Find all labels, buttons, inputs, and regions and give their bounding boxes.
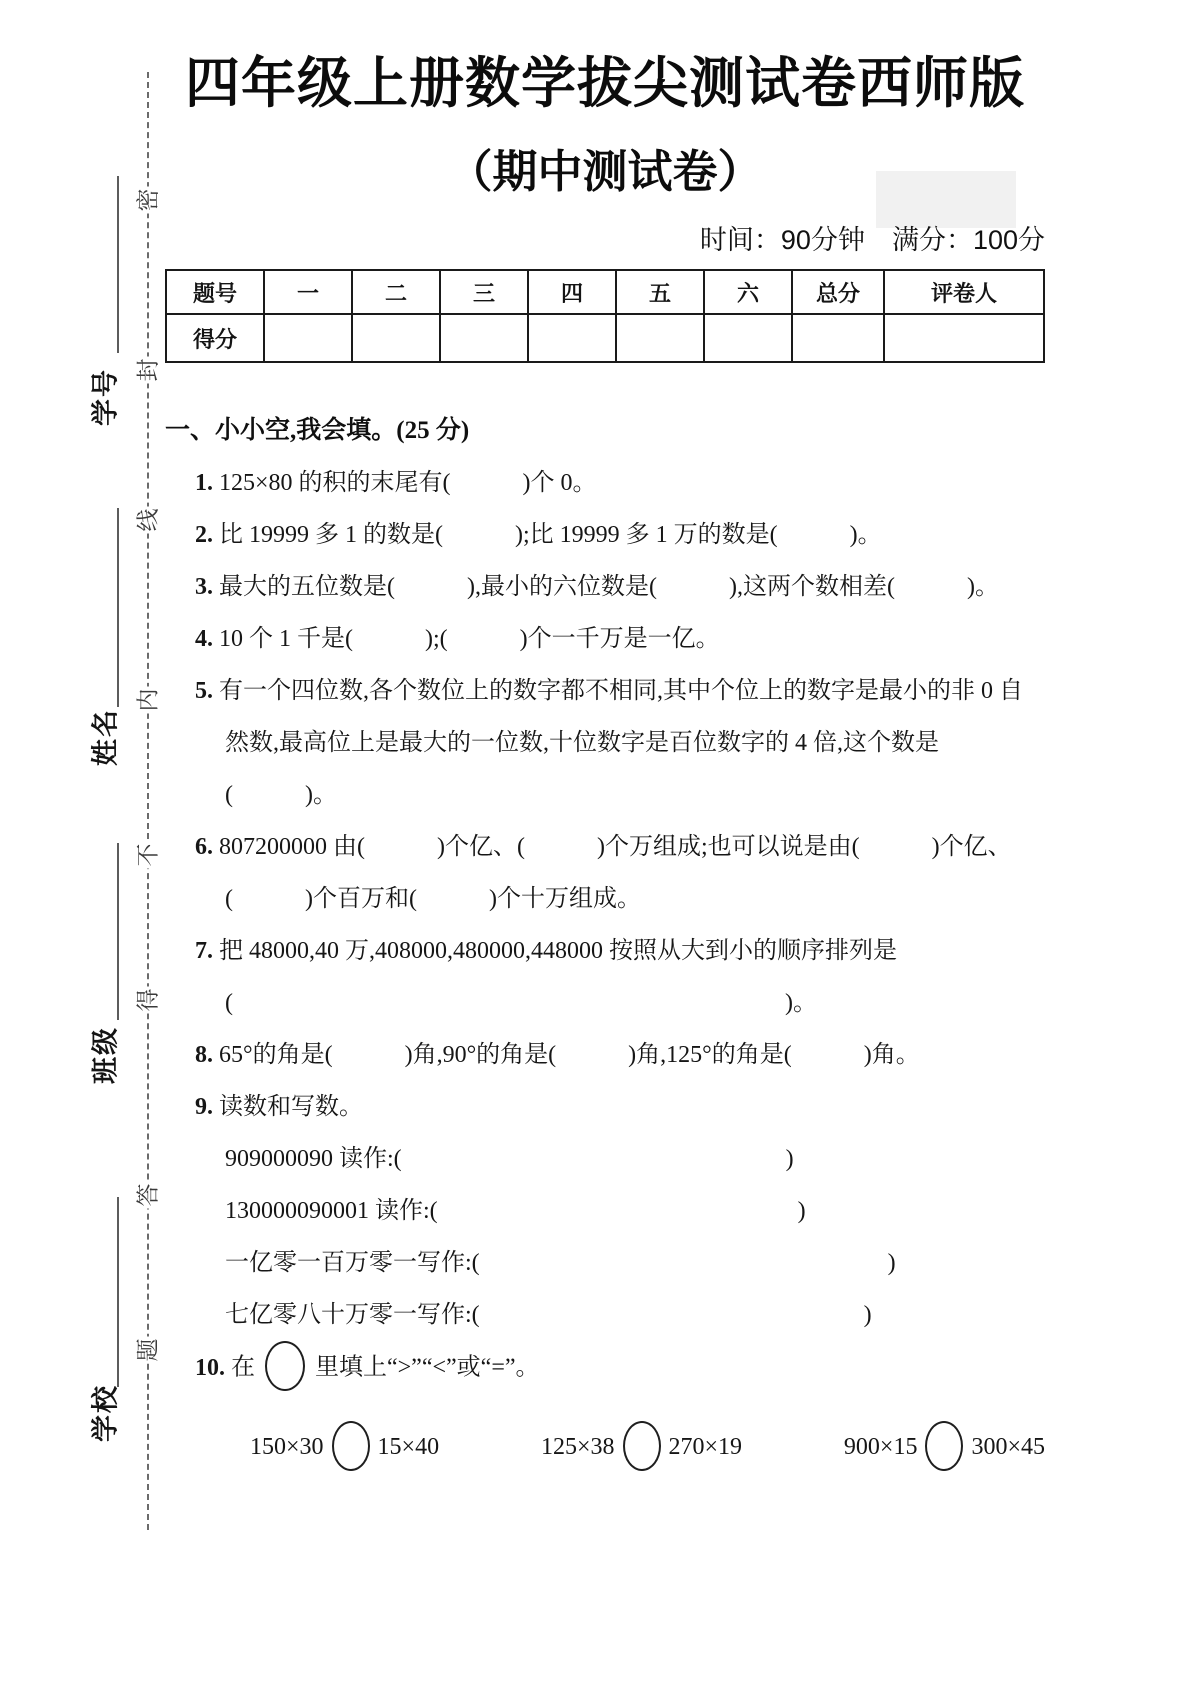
question-number: 4. [195, 626, 219, 652]
time-and-score-info: 时间：90分钟 满分：100分 [165, 218, 1045, 257]
question-number: 6. [195, 834, 219, 860]
score-table-header-cell: 总分 [792, 270, 884, 314]
school-blank-line [117, 1197, 119, 1387]
question-9-sub3: 一亿零一百万零一写作:( ) [165, 1237, 1045, 1289]
seal-char: 得 [133, 987, 164, 1014]
compare-circle-icon [925, 1421, 963, 1471]
question-2: 2.比 19999 多 1 的数是( );比 19999 多 1 万的数是( )… [165, 509, 1045, 561]
section-one-heading: 一、小小空,我会填。(25 分) [165, 405, 1045, 457]
question-5-line2: 然数,最高位上是最大的一位数,十位数字是百位数字的 4 倍,这个数是 [165, 717, 1045, 769]
question-9-sub2: 130000090001 读作:( ) [165, 1185, 1045, 1237]
score-table-header-cell: 评卷人 [884, 270, 1044, 314]
question-6: 6.807200000 由( )个亿、( )个万组成;也可以说是由( )个亿、 [165, 821, 1045, 873]
question-10: 10.在里填上“>”“<”或“=”。 [165, 1341, 1045, 1397]
question-7-answer-blank: ( )。 [165, 977, 1045, 1029]
question-text: 807200000 由( )个亿、( )个万组成;也可以说是由( )个亿、 [219, 834, 1012, 860]
school-label: 学校 [93, 1384, 120, 1442]
compare-circle-icon [265, 1341, 305, 1391]
score-table-empty-cell [352, 314, 440, 362]
question-number: 9. [195, 1094, 219, 1120]
exam-title: 四年级上册数学拔尖测试卷西师版 [165, 52, 1045, 115]
name-label: 姓名 [93, 708, 120, 766]
question-number: 1. [195, 470, 219, 496]
score-table-empty-cell [528, 314, 616, 362]
score-table-header-cell: 二 [352, 270, 440, 314]
question-8: 8.65°的角是( )角,90°的角是( )角,125°的角是( )角。 [165, 1029, 1045, 1081]
comparison-item: 125×38270×19 [541, 1421, 742, 1473]
score-table: 题号 一 二 三 四 五 六 总分 评卷人 得分 [165, 269, 1045, 363]
score-table-empty-cell [616, 314, 704, 362]
question-number: 3. [195, 574, 219, 600]
question-text: 在 [231, 1355, 255, 1381]
question-number: 10. [195, 1355, 231, 1381]
comparison-right: 270×19 [669, 1434, 743, 1461]
seal-char: 不 [133, 842, 164, 869]
question-9: 9.读数和写数。 [165, 1081, 1045, 1133]
question-text: 比 19999 多 1 的数是( );比 19999 多 1 万的数是( )。 [219, 522, 882, 548]
student-id-label: 学号 [93, 368, 120, 426]
question-5-answer-blank: ( )。 [165, 769, 1045, 821]
exam-page: 四年级上册数学拔尖测试卷西师版 （期中测试卷） 时间：90分钟 满分：100分 … [165, 0, 1045, 1473]
class-label: 班级 [93, 1026, 120, 1084]
seal-char: 答 [133, 1182, 164, 1209]
seal-char: 密 [133, 187, 164, 214]
score-table-empty-cell [440, 314, 528, 362]
compare-circle-icon [623, 1421, 661, 1471]
score-table-header-cell: 五 [616, 270, 704, 314]
question-text: 把 48000,40 万,408000,480000,448000 按照从大到小… [219, 938, 897, 964]
comparison-left: 125×38 [541, 1434, 615, 1461]
seal-char: 线 [133, 507, 164, 534]
score-table-empty-cell [792, 314, 884, 362]
student-id-blank-line [117, 176, 119, 353]
compare-circle-icon [332, 1421, 370, 1471]
question-text: 10 个 1 千是( );( )个一千万是一亿。 [219, 626, 720, 652]
score-table-header-row: 题号 一 二 三 四 五 六 总分 评卷人 [166, 270, 1044, 314]
question-7: 7.把 48000,40 万,408000,480000,448000 按照从大… [165, 925, 1045, 977]
score-table-header-cell: 四 [528, 270, 616, 314]
question-text: 最大的五位数是( ),最小的六位数是( ),这两个数相差( )。 [219, 574, 999, 600]
seal-char: 题 [133, 1337, 164, 1364]
question-3: 3.最大的五位数是( ),最小的六位数是( ),这两个数相差( )。 [165, 561, 1045, 613]
score-table-header-cell: 题号 [166, 270, 264, 314]
exam-subtitle: （期中测试卷） [165, 135, 1045, 200]
question-text: 读数和写数。 [219, 1094, 363, 1120]
question-4: 4.10 个 1 千是( );( )个一千万是一亿。 [165, 613, 1045, 665]
score-table-header-cell: 一 [264, 270, 352, 314]
comparison-right: 15×40 [378, 1434, 440, 1461]
comparison-left: 150×30 [250, 1434, 324, 1461]
question-9-sub4: 七亿零八十万零一写作:( ) [165, 1289, 1045, 1341]
question-1: 1.125×80 的积的末尾有( )个 0。 [165, 457, 1045, 509]
score-table-score-row: 得分 [166, 314, 1044, 362]
question-number: 2. [195, 522, 219, 548]
question-number: 7. [195, 938, 219, 964]
comparison-item: 900×15300×45 [844, 1421, 1045, 1473]
score-table-header-cell: 六 [704, 270, 792, 314]
question-text: 65°的角是( )角,90°的角是( )角,125°的角是( )角。 [219, 1042, 920, 1068]
name-blank-line [117, 508, 119, 707]
seal-dashed-line [147, 72, 149, 1530]
class-blank-line [117, 843, 119, 1020]
question-number: 5. [195, 678, 219, 704]
question-6-line2: ( )个百万和( )个十万组成。 [165, 873, 1045, 925]
question-5: 5.有一个四位数,各个数位上的数字都不相同,其中个位上的数字是最小的非 0 自 [165, 665, 1045, 717]
question-text: 有一个四位数,各个数位上的数字都不相同,其中个位上的数字是最小的非 0 自 [219, 678, 1023, 704]
score-table-empty-cell [884, 314, 1044, 362]
comparison-item: 150×3015×40 [250, 1421, 439, 1473]
question-10-comparisons: 150×3015×40 125×38270×19 900×15300×45 [165, 1421, 1045, 1473]
question-text: 125×80 的积的末尾有( )个 0。 [219, 470, 597, 496]
score-table-empty-cell [704, 314, 792, 362]
question-number: 8. [195, 1042, 219, 1068]
score-table-empty-cell [264, 314, 352, 362]
score-table-header-cell: 三 [440, 270, 528, 314]
seal-char: 封 [133, 357, 164, 384]
question-text: 里填上“>”“<”或“=”。 [315, 1355, 540, 1381]
comparison-right: 300×45 [971, 1434, 1045, 1461]
question-9-sub1: 909000090 读作:( ) [165, 1133, 1045, 1185]
score-row-label: 得分 [166, 314, 264, 362]
seal-char: 内 [133, 687, 164, 714]
comparison-left: 900×15 [844, 1434, 918, 1461]
